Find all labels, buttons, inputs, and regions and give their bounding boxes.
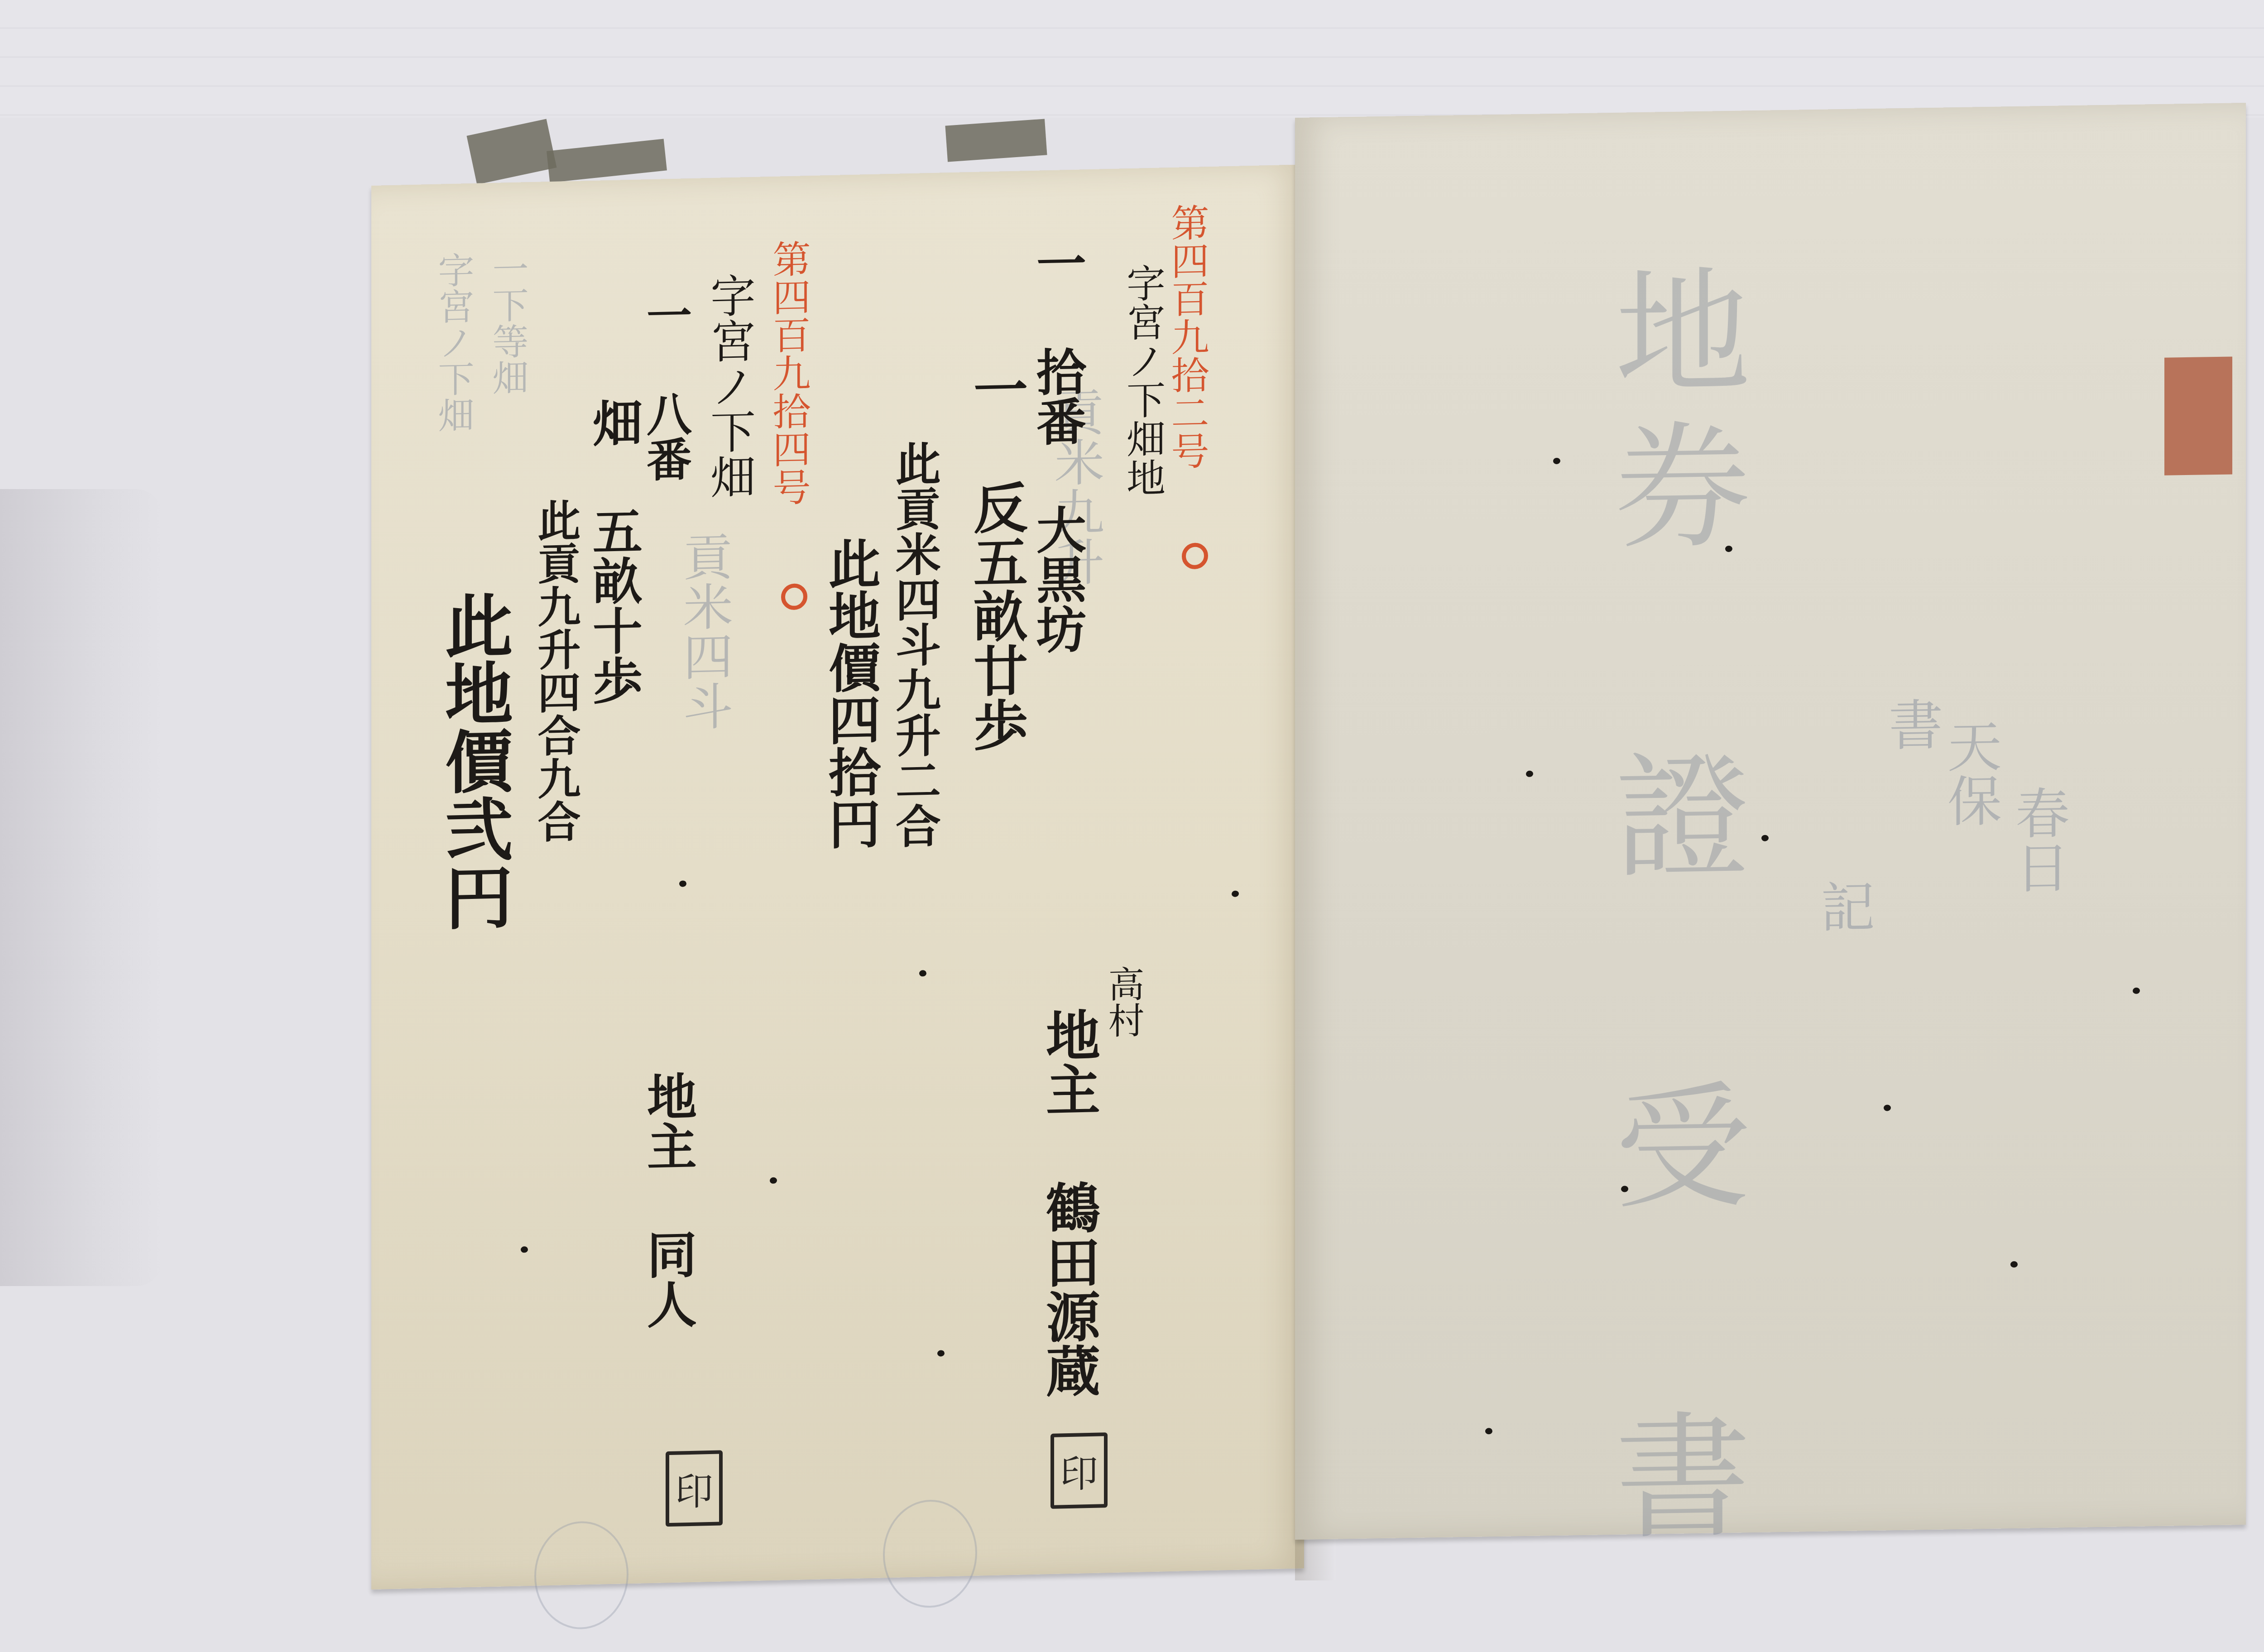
village-name: 高村 xyxy=(1105,965,1141,1038)
wormhole xyxy=(1526,771,1533,777)
bleed-through-text: 一下等畑 xyxy=(489,250,525,396)
bleed-through-title: 地券 證 受 書 xyxy=(1603,260,1739,1561)
wormhole xyxy=(919,970,926,976)
red-annotation: 第四百九拾二号 xyxy=(1168,203,1206,470)
background-wall xyxy=(0,0,2264,118)
binding-fragment xyxy=(945,119,1047,162)
text-column: 字宮ノ下畑 xyxy=(706,272,752,499)
wormhole xyxy=(1232,891,1239,897)
wormhole xyxy=(2133,988,2140,994)
open-booklet: 字宮ノ下畑 一下等畑 貢米四斗 貢米九升 第四百九拾二号 第四百九拾四号 字宮ノ… xyxy=(371,118,2250,1590)
wormhole xyxy=(937,1350,945,1356)
wormhole xyxy=(2010,1261,2018,1268)
bleed-through-text: 春日 xyxy=(2010,785,2065,894)
faded-seal xyxy=(534,1520,628,1630)
red-circle-mark xyxy=(1182,543,1208,569)
text-column: 字宮ノ下畑地 xyxy=(1123,263,1162,497)
binding-fragment xyxy=(467,119,557,184)
wormhole xyxy=(1553,458,1560,464)
bleed-through-text: 書 xyxy=(1884,696,1938,752)
text-column: 此貢九升四合九合 xyxy=(534,498,577,843)
right-page: 地券 證 受 書 春日 天保 書 記 xyxy=(1295,103,2246,1540)
red-annotation: 第四百九拾四号 xyxy=(770,239,808,506)
wormhole xyxy=(770,1177,777,1184)
binding-fragment xyxy=(547,139,667,183)
red-circle-mark xyxy=(781,583,807,610)
wormhole xyxy=(521,1246,528,1253)
background-shadow-block xyxy=(0,489,163,1286)
text-column: 此地價弐円 xyxy=(439,590,507,931)
wormhole xyxy=(1485,1428,1492,1434)
text-column: 一 反五畝廿歩 xyxy=(969,361,1023,752)
text-column: 畑 五畝十歩 xyxy=(589,397,638,706)
bleed-through-text: 字宮ノ下畑 xyxy=(435,251,471,433)
bleed-through-text: 記 xyxy=(1816,879,1870,934)
faded-seal xyxy=(883,1499,977,1609)
landowner-signature: 地主 同人 xyxy=(643,1071,693,1329)
text-column: 此貢米四斗九升二合 xyxy=(892,440,937,849)
wormhole xyxy=(1884,1105,1891,1111)
text-column: 此地價四拾円 xyxy=(824,537,876,850)
landowner-signature: 地主 鶴田源蔵 xyxy=(1041,1007,1096,1398)
bleed-through-text: 天保 xyxy=(1943,718,1997,828)
seal-stamp: 印 xyxy=(1050,1432,1108,1509)
text-column: 一 八番 xyxy=(643,292,688,482)
red-paper-tab xyxy=(2164,356,2232,475)
bleed-through-text: 貢米四斗 xyxy=(679,531,729,731)
text-column: 一 拾番 大黒坊 xyxy=(1032,237,1082,654)
seal-stamp: 印 xyxy=(666,1450,723,1527)
wormhole xyxy=(1761,835,1769,841)
wormhole xyxy=(679,880,686,887)
left-page: 字宮ノ下畑 一下等畑 貢米四斗 貢米九升 第四百九拾二号 第四百九拾四号 字宮ノ… xyxy=(371,164,1304,1590)
